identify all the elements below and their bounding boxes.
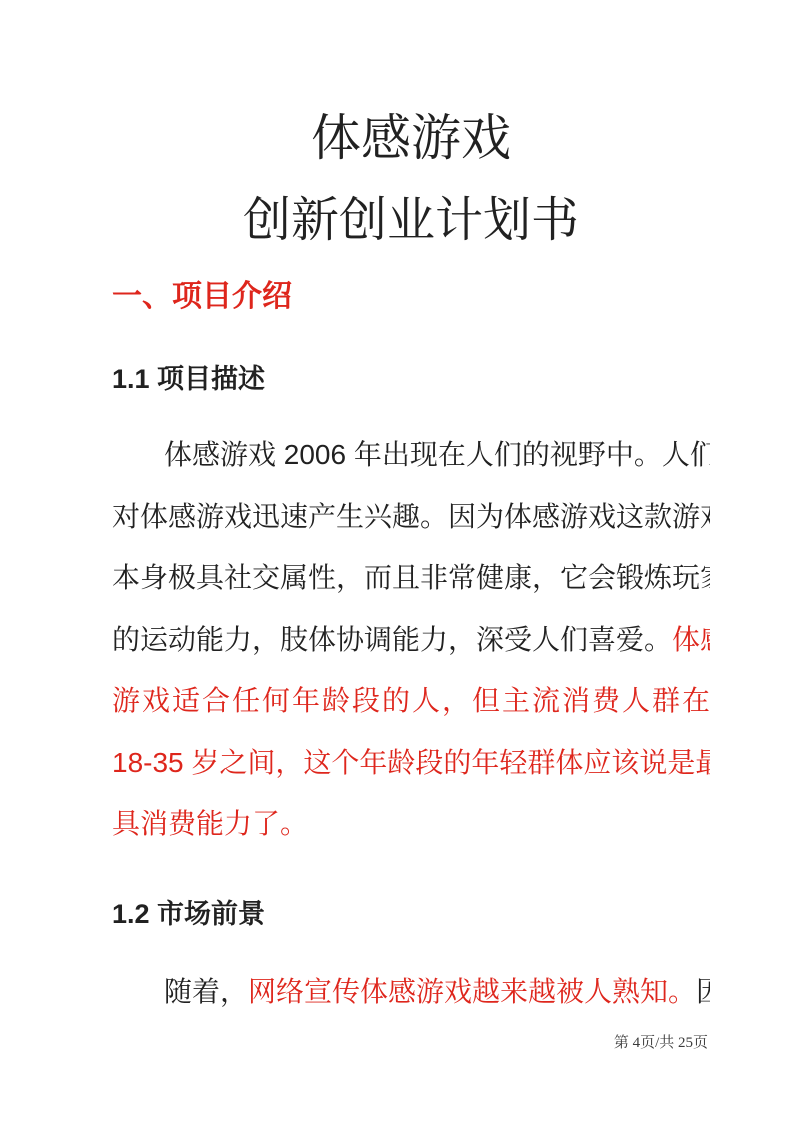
text-segment-red: 游戏适合任何年龄段的人，但主流消费人群在 [112, 685, 710, 716]
section-heading-1: 一、项目介绍 [112, 275, 710, 319]
paragraph-line: 的运动能力，肢体协调能力，深受人们喜爱。体感 [112, 609, 710, 671]
page-number: 第 4页/共 25页 [614, 1033, 708, 1053]
subsection-heading-1-2: 1.2 市场前景 [112, 893, 710, 935]
document-title-line-1: 体感游戏 [112, 106, 710, 170]
paragraph-line: 游戏适合任何年龄段的人，但主流消费人群在 [112, 670, 710, 732]
document-title-line-2: 创新创业计划书 [112, 190, 710, 252]
text-segment: 体感游戏 2006 年出现在人们的视野中。人们 [164, 439, 710, 470]
paragraph-line: 随着，网络宣传体感游戏越来越被人熟知。因 [112, 961, 710, 1023]
paragraph-line: 对体感游戏迅速产生兴趣。因为体感游戏这款游戏 [112, 486, 710, 548]
text-segment-red: 具消费能力了。 [112, 808, 308, 839]
subsection-heading-1-1: 1.1 项目描述 [112, 358, 710, 400]
text-segment: 因 [696, 976, 710, 1007]
paragraph-line: 具消费能力了。 [112, 793, 710, 855]
paragraph-market-prospect: 随着，网络宣传体感游戏越来越被人熟知。因 [112, 961, 710, 1023]
paragraph-line: 体感游戏 2006 年出现在人们的视野中。人们 [112, 424, 710, 486]
document-page: 体感游戏 创新创业计划书 一、项目介绍 1.1 项目描述 体感游戏 2006 年… [0, 0, 800, 1132]
text-segment: 的运动能力，肢体协调能力，深受人们喜爱。 [112, 624, 672, 655]
text-segment-red: 18-35 岁之间，这个年龄段的年轻群体应该说是最 [112, 747, 710, 778]
paragraph-line: 18-35 岁之间，这个年龄段的年轻群体应该说是最 [112, 732, 710, 794]
text-segment-red: 网络宣传体感游戏越来越被人熟知。 [248, 976, 696, 1007]
paragraph-line: 本身极具社交属性，而且非常健康，它会锻炼玩家 [112, 547, 710, 609]
text-segment: 对体感游戏迅速产生兴趣。因为体感游戏这款游戏 [112, 501, 710, 532]
text-segment-red: 体感 [672, 624, 710, 655]
text-segment: 本身极具社交属性，而且非常健康，它会锻炼玩家 [112, 562, 710, 593]
text-segment: 随着， [164, 976, 248, 1007]
paragraph-project-description: 体感游戏 2006 年出现在人们的视野中。人们 对体感游戏迅速产生兴趣。因为体感… [112, 424, 710, 855]
